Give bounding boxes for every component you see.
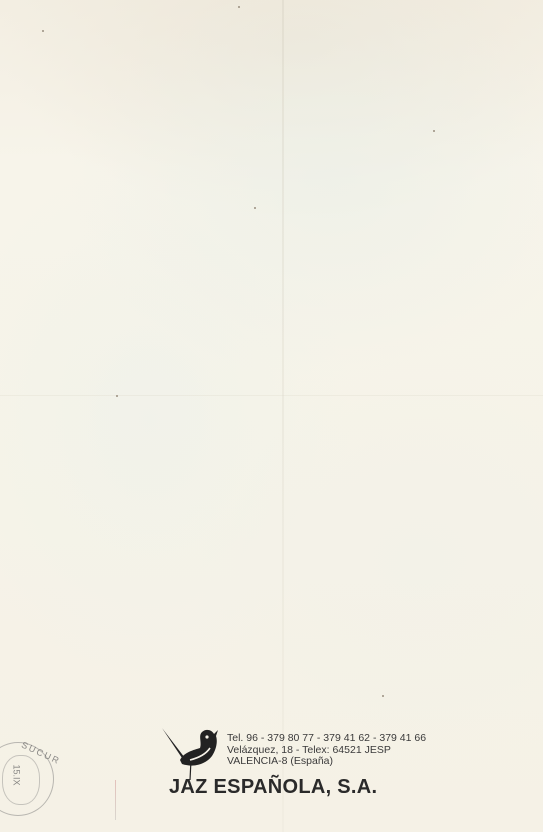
contact-block: Tel. 96 - 379 80 77 - 379 41 62 - 379 41…: [227, 733, 426, 768]
company-name: JAZ ESPAÑOLA, S.A.: [169, 776, 377, 799]
paper-fold-horizontal: [0, 395, 543, 396]
paper-fold-vertical: [282, 0, 284, 832]
paper-speck: [254, 207, 256, 209]
paper-background: [0, 0, 543, 832]
paper-speck: [433, 130, 435, 132]
paper-speck: [382, 695, 384, 697]
paper-speck: [42, 30, 44, 32]
contact-phone: Tel. 96 - 379 80 77 - 379 41 62 - 379 41…: [227, 733, 426, 745]
paper-speck: [116, 395, 118, 397]
letterhead-footer: Tel. 96 - 379 80 77 - 379 41 62 - 379 41…: [160, 722, 460, 807]
paper-speck: [238, 6, 240, 8]
edge-mark: [115, 780, 116, 820]
stamp-date: 15.IX: [12, 764, 22, 785]
contact-city: VALENCIA-8 (España): [227, 756, 426, 768]
bird-icon: [160, 724, 220, 782]
